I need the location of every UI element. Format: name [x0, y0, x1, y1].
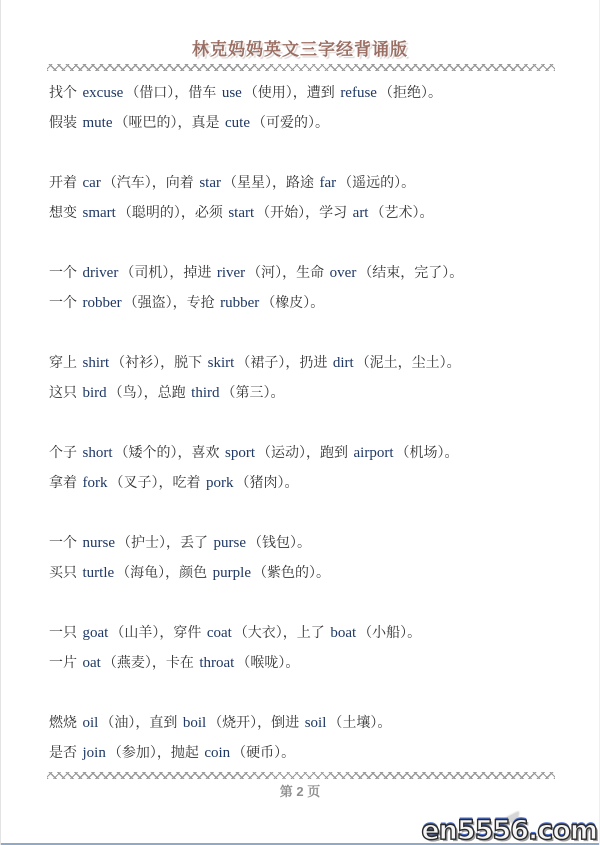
- english-word: robber: [83, 295, 122, 311]
- chinese-text: （遥远的）。: [338, 176, 415, 191]
- verse-line: 买只 turtle（海龟），颜色 purple（紫色的）。: [49, 558, 559, 588]
- page-title: 林克妈妈英文三字经背诵版: [1, 38, 599, 62]
- verse-line: 一个 driver（司机），掉进 river（河），生命 over（结束，完了）…: [49, 258, 559, 288]
- verse-group: 个子 short（矮个的），喜欢 sport（运动），跑到 airport（机场…: [49, 438, 559, 498]
- chinese-text: 买只: [49, 566, 81, 581]
- english-word: art: [353, 205, 369, 221]
- squiggle-divider-bottom: [47, 772, 555, 779]
- english-word: boat: [330, 625, 356, 641]
- verse-group: 一只 goat（山羊），穿件 coat（大衣），上了 boat（小船）。一片 o…: [49, 618, 559, 678]
- english-word: boil: [183, 715, 206, 731]
- chinese-text: （护士），丢了: [117, 536, 212, 551]
- english-word: oat: [83, 655, 101, 671]
- chinese-text: 这只: [49, 386, 81, 401]
- verse-line: 找个 excuse（借口），借车 use（使用），遭到 refuse（拒绝）。: [49, 78, 559, 108]
- chinese-text: （强盗），专抢: [124, 296, 219, 311]
- chinese-text: （紫色的）。: [253, 566, 330, 581]
- chinese-text: （矮个的），喜欢: [115, 446, 224, 461]
- english-word: start: [228, 205, 254, 221]
- verse-line: 一个 nurse（护士），丢了 purse（钱包）。: [49, 528, 559, 558]
- chinese-text: （叉子），吃着: [110, 476, 205, 491]
- english-word: river: [217, 265, 245, 281]
- chinese-text: （聪明的），必须: [118, 206, 227, 221]
- english-word: fork: [83, 475, 108, 491]
- verse-line: 穿上 shirt（衬衫），脱下 skirt（裙子），扔进 dirt（泥土，尘土）…: [49, 348, 559, 378]
- chinese-text: （拒绝）。: [379, 86, 442, 101]
- verse-line: 是否 join（参加），抛起 coin（硬币）。: [49, 738, 559, 768]
- verse-line: 开着 car（汽车），向着 star（星星），路途 far（遥远的）。: [49, 168, 559, 198]
- english-word: over: [330, 265, 357, 281]
- english-word: smart: [83, 205, 116, 221]
- chinese-text: （小船）。: [358, 626, 421, 641]
- chinese-text: （河），生命: [247, 266, 328, 281]
- chinese-text: （钱包）。: [248, 536, 311, 551]
- english-word: skirt: [208, 355, 235, 371]
- chinese-text: （司机），掉进: [120, 266, 215, 281]
- chinese-text: （哑巴的），真是: [115, 116, 224, 131]
- english-word: join: [83, 745, 106, 761]
- chinese-text: 燃烧: [49, 716, 81, 731]
- chinese-text: （燕麦），卡在: [103, 656, 198, 671]
- english-word: turtle: [83, 565, 115, 581]
- english-word: cute: [225, 115, 250, 131]
- english-word: excuse: [83, 85, 124, 101]
- english-word: rubber: [220, 295, 259, 311]
- english-word: refuse: [340, 85, 377, 101]
- verse-content: 找个 excuse（借口），借车 use（使用），遭到 refuse（拒绝）。假…: [1, 71, 599, 768]
- english-word: dirt: [333, 355, 354, 371]
- chinese-text: 个子: [49, 446, 81, 461]
- chinese-text: （鸟），总跑: [109, 386, 190, 401]
- chinese-text: （使用），遭到: [244, 86, 339, 101]
- english-word: purple: [213, 565, 251, 581]
- chinese-text: （可爱的）。: [252, 116, 329, 131]
- english-word: star: [199, 175, 221, 191]
- chinese-text: （大衣），上了: [234, 626, 329, 641]
- english-word: throat: [199, 655, 234, 671]
- chinese-text: （喉咙）。: [236, 656, 299, 671]
- chinese-text: （运动），跑到: [257, 446, 352, 461]
- verse-group: 穿上 shirt（衬衫），脱下 skirt（裙子），扔进 dirt（泥土，尘土）…: [49, 348, 559, 408]
- chinese-text: （衬衫），脱下: [111, 356, 206, 371]
- english-word: purse: [214, 535, 247, 551]
- english-word: coat: [207, 625, 232, 641]
- chinese-text: （结束，完了）。: [358, 266, 463, 281]
- chinese-text: 一片: [49, 656, 81, 671]
- english-word: coin: [204, 745, 230, 761]
- chinese-text: 拿着: [49, 476, 81, 491]
- chinese-text: 一个: [49, 536, 81, 551]
- verse-line: 拿着 fork（叉子），吃着 pork（猪肉）。: [49, 468, 559, 498]
- chinese-text: （泥土，尘土）。: [356, 356, 461, 371]
- chinese-text: 想变: [49, 206, 81, 221]
- chinese-text: （硬币）。: [232, 746, 295, 761]
- verse-line: 一只 goat（山羊），穿件 coat（大衣），上了 boat（小船）。: [49, 618, 559, 648]
- verse-group: 一个 driver（司机），掉进 river（河），生命 over（结束，完了）…: [49, 258, 559, 318]
- chinese-text: （机场）。: [395, 446, 458, 461]
- verse-line: 个子 short（矮个的），喜欢 sport（运动），跑到 airport（机场…: [49, 438, 559, 468]
- english-word: use: [222, 85, 242, 101]
- chinese-text: 找个: [49, 86, 81, 101]
- chinese-text: 一个: [49, 296, 81, 311]
- chinese-text: （橡皮）。: [261, 296, 324, 311]
- english-word: bird: [83, 385, 107, 401]
- squiggle-divider-top: [47, 64, 555, 71]
- verse-group: 开着 car（汽车），向着 star（星星），路途 far（遥远的）。想变 sm…: [49, 168, 559, 228]
- chinese-text: （烧开），倒进: [208, 716, 303, 731]
- verse-line: 这只 bird（鸟），总跑 third（第三）。: [49, 378, 559, 408]
- chinese-text: （油），直到: [100, 716, 181, 731]
- chinese-text: （星星），路途: [223, 176, 318, 191]
- english-word: short: [83, 445, 113, 461]
- chinese-text: （第三）。: [222, 386, 285, 401]
- english-word: far: [319, 175, 336, 191]
- english-word: pork: [206, 475, 234, 491]
- verse-line: 燃烧 oil（油），直到 boil（烧开），倒进 soil（土壤）。: [49, 708, 559, 738]
- english-word: third: [191, 385, 219, 401]
- watermark: en5556.com: [421, 817, 597, 844]
- chinese-text: （开始），学习: [256, 206, 351, 221]
- english-word: oil: [83, 715, 99, 731]
- english-word: soil: [305, 715, 327, 731]
- english-word: shirt: [83, 355, 110, 371]
- chinese-text: （山羊），穿件: [110, 626, 205, 641]
- chinese-text: 假装: [49, 116, 81, 131]
- page-number: 第 2 页: [1, 783, 599, 801]
- english-word: car: [83, 175, 101, 191]
- chinese-text: （艺术）。: [370, 206, 433, 221]
- english-word: sport: [225, 445, 255, 461]
- english-word: nurse: [83, 535, 116, 551]
- verse-line: 一片 oat（燕麦），卡在 throat（喉咙）。: [49, 648, 559, 678]
- verse-group: 一个 nurse（护士），丢了 purse（钱包）。买只 turtle（海龟），…: [49, 528, 559, 588]
- verse-group: 燃烧 oil（油），直到 boil（烧开），倒进 soil（土壤）。是否 joi…: [49, 708, 559, 768]
- english-word: airport: [354, 445, 394, 461]
- chinese-text: 穿上: [49, 356, 81, 371]
- chinese-text: （参加），抛起: [108, 746, 203, 761]
- english-word: goat: [83, 625, 109, 641]
- chinese-text: 开着: [49, 176, 81, 191]
- verse-group: 找个 excuse（借口），借车 use（使用），遭到 refuse（拒绝）。假…: [49, 78, 559, 138]
- chinese-text: （猪肉）。: [236, 476, 299, 491]
- chinese-text: （借口），借车: [125, 86, 220, 101]
- chinese-text: 是否: [49, 746, 81, 761]
- chinese-text: （土壤）。: [328, 716, 391, 731]
- chinese-text: 一只: [49, 626, 81, 641]
- verse-line: 一个 robber（强盗），专抢 rubber（橡皮）。: [49, 288, 559, 318]
- chinese-text: （海龟），颜色: [116, 566, 211, 581]
- chinese-text: （裙子），扔进: [236, 356, 331, 371]
- verse-line: 想变 smart（聪明的），必须 start（开始），学习 art（艺术）。: [49, 198, 559, 228]
- document-page: 林克妈妈英文三字经背诵版 找个 excuse（借口），借车 use（使用），遭到…: [0, 0, 600, 845]
- chinese-text: （汽车），向着: [103, 176, 198, 191]
- verse-line: 假装 mute（哑巴的），真是 cute（可爱的）。: [49, 108, 559, 138]
- english-word: mute: [83, 115, 113, 131]
- chinese-text: 一个: [49, 266, 81, 281]
- english-word: driver: [83, 265, 119, 281]
